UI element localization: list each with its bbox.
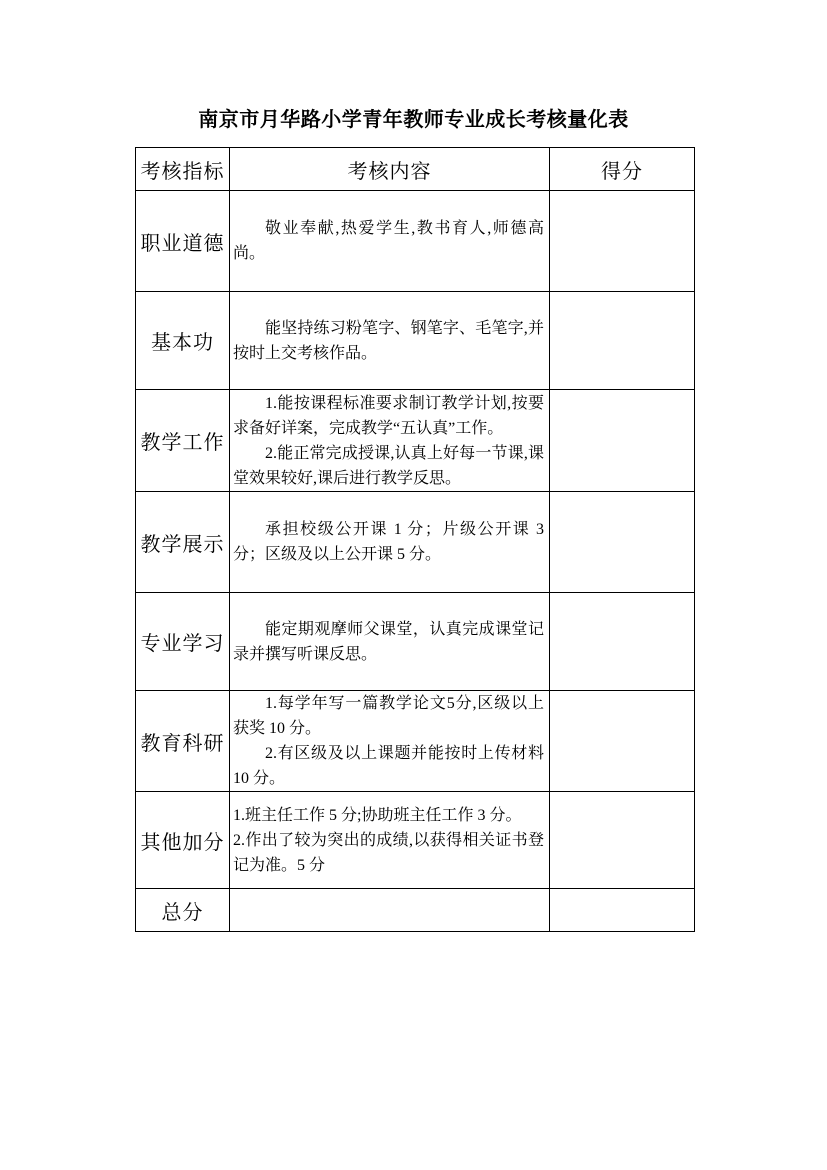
content-cell: 能坚持练习粉笔字、钢笔字、毛笔字,并按时上交考核作品。: [230, 292, 550, 390]
content-cell: [230, 889, 550, 932]
indicator-cell: 教育科研: [136, 691, 230, 792]
score-cell: [550, 390, 695, 492]
content-cell: 1.每学年写一篇教学论文5分,区级以上获奖 10 分。2.有区级及以上课题并能按…: [230, 691, 550, 792]
content-cell: 承担校级公开课 1 分；片级公开课 3 分；区级及以上公开课 5 分。: [230, 492, 550, 593]
score-cell: [550, 691, 695, 792]
content-paragraph: 2.有区级及以上课题并能按时上传材料 10 分。: [233, 741, 544, 791]
content-paragraph: 承担校级公开课 1 分；片级公开课 3 分；区级及以上公开课 5 分。: [233, 517, 544, 567]
content-cell: 敬业奉献,热爱学生,教书育人,师德高尚。: [230, 191, 550, 292]
col-header-indicator: 考核指标: [136, 148, 230, 191]
table-row: 教学工作1.能按课程标准要求制订教学计划,按要求备好详案，完成教学“五认真”工作…: [136, 390, 695, 492]
score-cell: [550, 792, 695, 889]
content-paragraph: 1.班主任工作 5 分;协助班主任工作 3 分。: [233, 803, 544, 828]
content-paragraph: 敬业奉献,热爱学生,教书育人,师德高尚。: [233, 216, 544, 266]
table-row: 其他加分1.班主任工作 5 分;协助班主任工作 3 分。2.作出了较为突出的成绩…: [136, 792, 695, 889]
indicator-cell: 基本功: [136, 292, 230, 390]
score-cell: [550, 593, 695, 691]
content-cell: 1.班主任工作 5 分;协助班主任工作 3 分。2.作出了较为突出的成绩,以获得…: [230, 792, 550, 889]
indicator-cell: 教学工作: [136, 390, 230, 492]
table-row: 教育科研1.每学年写一篇教学论文5分,区级以上获奖 10 分。2.有区级及以上课…: [136, 691, 695, 792]
score-cell: [550, 292, 695, 390]
content-paragraph: 2.作出了较为突出的成绩,以获得相关证书登记为准。5 分: [233, 828, 544, 878]
table-row: 总分: [136, 889, 695, 932]
indicator-cell: 职业道德: [136, 191, 230, 292]
table-row: 教学展示承担校级公开课 1 分；片级公开课 3 分；区级及以上公开课 5 分。: [136, 492, 695, 593]
table-row: 基本功能坚持练习粉笔字、钢笔字、毛笔字,并按时上交考核作品。: [136, 292, 695, 390]
table-row: 职业道德敬业奉献,热爱学生,教书育人,师德高尚。: [136, 191, 695, 292]
content-paragraph: 1.能按课程标准要求制订教学计划,按要求备好详案，完成教学“五认真”工作。: [233, 391, 544, 441]
indicator-cell: 专业学习: [136, 593, 230, 691]
score-cell: [550, 492, 695, 593]
score-cell: [550, 191, 695, 292]
content-paragraph: 能定期观摩师父课堂，认真完成课堂记录并撰写听课反思。: [233, 617, 544, 667]
content-paragraph: 1.每学年写一篇教学论文5分,区级以上获奖 10 分。: [233, 691, 544, 741]
indicator-cell: 总分: [136, 889, 230, 932]
content-cell: 1.能按课程标准要求制订教学计划,按要求备好详案，完成教学“五认真”工作。2.能…: [230, 390, 550, 492]
page-title: 南京市月华路小学青年教师专业成长考核量化表: [0, 0, 827, 134]
content-paragraph: 能坚持练习粉笔字、钢笔字、毛笔字,并按时上交考核作品。: [233, 316, 544, 366]
indicator-cell: 教学展示: [136, 492, 230, 593]
table-row: 专业学习能定期观摩师父课堂，认真完成课堂记录并撰写听课反思。: [136, 593, 695, 691]
assessment-table: 考核指标 考核内容 得分 职业道德敬业奉献,热爱学生,教书育人,师德高尚。基本功…: [135, 147, 695, 932]
score-cell: [550, 889, 695, 932]
indicator-cell: 其他加分: [136, 792, 230, 889]
document-page: 南京市月华路小学青年教师专业成长考核量化表 考核指标 考核内容 得分 职业道德敬…: [0, 0, 827, 1170]
content-cell: 能定期观摩师父课堂，认真完成课堂记录并撰写听课反思。: [230, 593, 550, 691]
content-paragraph: 2.能正常完成授课,认真上好每一节课,课堂效果较好,课后进行教学反思。: [233, 441, 544, 491]
header-row: 考核指标 考核内容 得分: [136, 148, 695, 191]
col-header-content: 考核内容: [230, 148, 550, 191]
col-header-score: 得分: [550, 148, 695, 191]
